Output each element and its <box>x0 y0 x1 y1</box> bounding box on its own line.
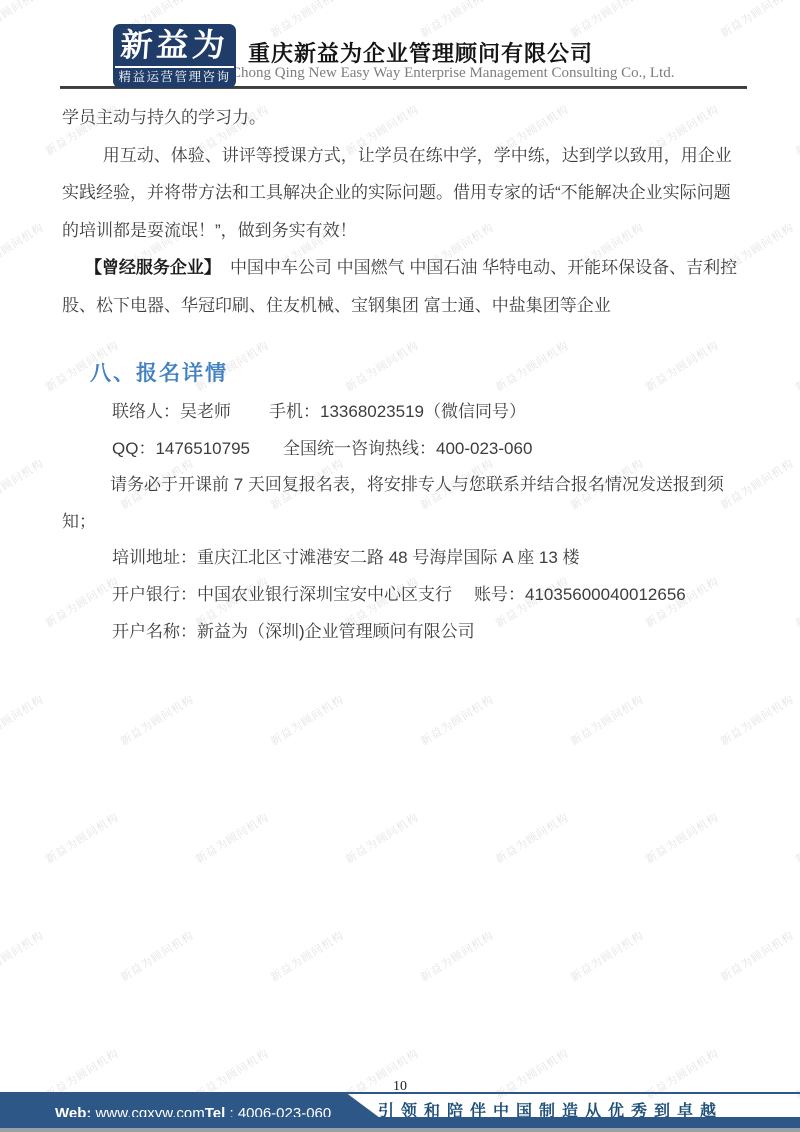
paragraph-clients: 【曾经服务企业】中国中车公司 中国燃气 中国石油 华特电动、开能环保设备、吉利控… <box>62 249 740 324</box>
bank-name: 开户银行：中国农业银行深圳宝安中心区支行 <box>112 585 452 604</box>
clients-label: 【曾经服务企业】 <box>85 258 221 277</box>
qq-line: QQ：1476510795全国统一咨询热线：400-023-060 <box>62 431 746 468</box>
watermark-text: 新益为顾问机构 <box>567 691 647 749</box>
paragraph-method: 用互动、体验、讲评等授课方式，让学员在练中学，学中练，达到学以致用，用企业实践经… <box>62 137 740 250</box>
paragraph-learning: 学员主动与持久的学习力。 <box>62 99 740 137</box>
logo-wordmark: 新益为 <box>112 24 238 66</box>
hotline: 全国统一咨询热线：400-023-060 <box>283 439 532 458</box>
footer-gray-strip <box>0 1128 800 1132</box>
watermark-text: 新益为顾问机构 <box>567 927 647 985</box>
footer-top-line <box>340 1092 800 1094</box>
watermark-text: 新益为顾问机构 <box>417 0 497 41</box>
watermark-text: 新益为顾问机构 <box>192 809 272 867</box>
body-text-block: 学员主动与持久的学习力。 用互动、体验、讲评等授课方式，让学员在练中学，学中练，… <box>62 99 740 325</box>
watermark-text: 新益为顾问机构 <box>342 809 422 867</box>
watermark-text: 新益为顾问机构 <box>792 573 800 631</box>
watermark-text: 新益为顾问机构 <box>792 337 800 395</box>
watermark-text: 新益为顾问机构 <box>717 0 797 41</box>
watermark-text: 新益为顾问机构 <box>267 691 347 749</box>
watermark-text: 新益为顾问机构 <box>792 101 800 159</box>
watermark-text: 新益为顾问机构 <box>42 809 122 867</box>
contact-person: 联络人：吴老师 <box>112 402 231 421</box>
watermark-text: 新益为顾问机构 <box>267 927 347 985</box>
company-name-cn: 重庆新益为企业管理顾问有限公司 <box>248 37 593 68</box>
watermark-text: 新益为顾问机构 <box>342 337 422 395</box>
watermark-text: 新益为顾问机构 <box>492 809 572 867</box>
watermark-text: 新益为顾问机构 <box>717 691 797 749</box>
document-page: 新益为顾问机构新益为顾问机构新益为顾问机构新益为顾问机构新益为顾问机构新益为顾问… <box>0 0 800 1132</box>
contact-phone: 手机：13368023519（微信同号） <box>269 402 526 421</box>
registration-details: 联络人：吴老师手机：13368023519（微信同号） QQ：147651079… <box>62 394 746 650</box>
watermark-text: 新益为顾问机构 <box>0 219 47 277</box>
watermark-text: 新益为顾问机构 <box>117 927 197 985</box>
training-address-line: 培训地址：重庆江北区寸滩港安二路 48 号海岸国际 A 座 13 楼 <box>62 540 746 577</box>
qq-number: QQ：1476510795 <box>112 439 250 458</box>
watermark-text: 新益为顾问机构 <box>642 809 722 867</box>
footer-bottom-bar <box>0 1117 800 1128</box>
watermark-text: 新益为顾问机构 <box>0 455 47 513</box>
watermark-text: 新益为顾问机构 <box>792 809 800 867</box>
bank-account: 账号：41035600040012656 <box>474 585 686 604</box>
watermark-text: 新益为顾问机构 <box>0 927 47 985</box>
watermark-text: 新益为顾问机构 <box>717 927 797 985</box>
watermark-text: 新益为顾问机构 <box>567 0 647 41</box>
watermark-text: 新益为顾问机构 <box>267 0 347 41</box>
watermark-text: 新益为顾问机构 <box>117 691 197 749</box>
company-name-en: Chong Qing New Easy Way Enterprise Manag… <box>231 65 674 82</box>
watermark-text: 新益为顾问机构 <box>417 927 497 985</box>
company-logo: 新益为 精益运营管理咨询 <box>113 24 236 88</box>
logo-tagline: 精益运营管理咨询 <box>115 66 234 87</box>
footer-band: Web: www.cqxyw.comTel : 4006-023-060 引领和… <box>0 1092 800 1132</box>
bank-line: 开户银行：中国农业银行深圳宝安中心区支行账号：41035600040012656 <box>62 577 746 614</box>
watermark-text: 新益为顾问机构 <box>0 0 47 41</box>
contact-line: 联络人：吴老师手机：13368023519（微信同号） <box>62 394 746 431</box>
watermark-text: 新益为顾问机构 <box>0 691 47 749</box>
watermark-text: 新益为顾问机构 <box>417 691 497 749</box>
section-heading-registration: 八、报名详情 <box>90 357 228 387</box>
account-name-line: 开户名称：新益为（深圳)企业管理顾问有限公司 <box>62 614 746 651</box>
watermark-text: 新益为顾问机构 <box>642 337 722 395</box>
notice-line: 请务必于开课前 7 天回复报名表，将安排专人与您联系并结合报名情况发送报到须知； <box>62 467 746 540</box>
watermark-text: 新益为顾问机构 <box>492 337 572 395</box>
